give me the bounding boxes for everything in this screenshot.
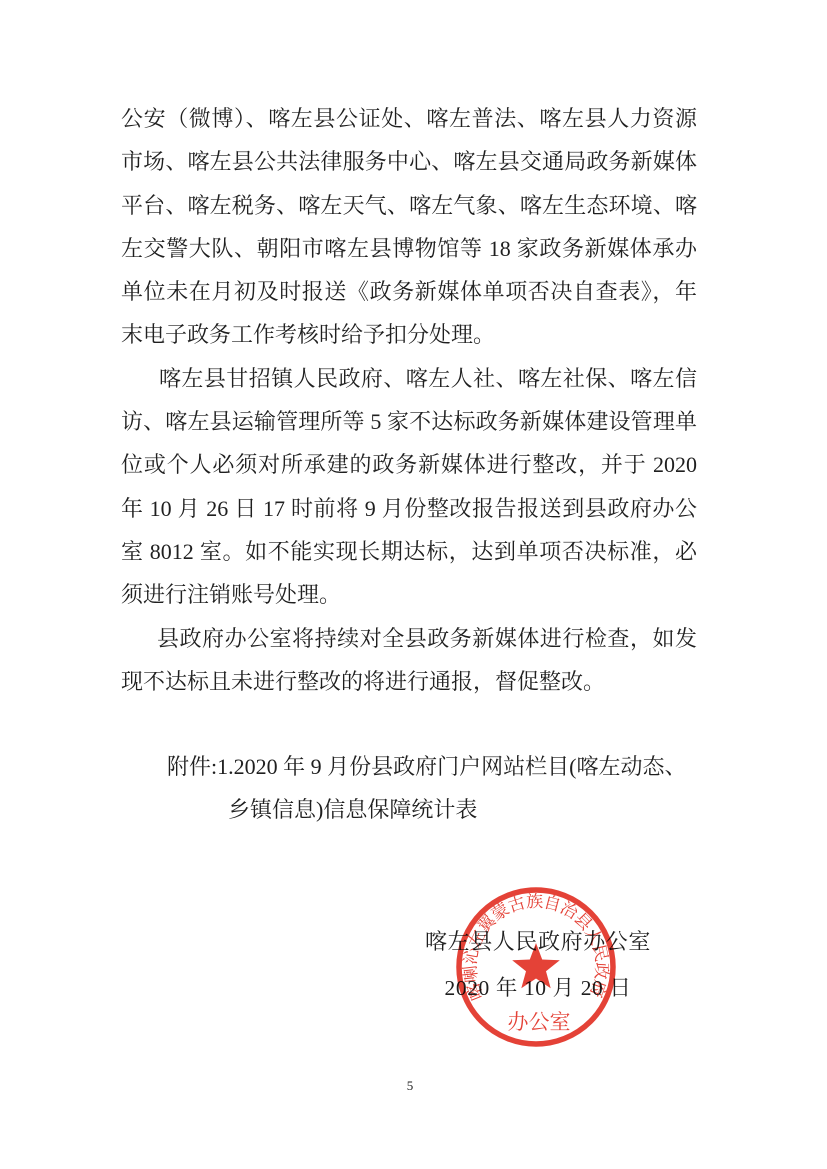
attachment-note: 附件:1.2020 年 9 月份县政府门户网站栏目(喀左动态、乡镇信息)信息保障…: [121, 745, 697, 832]
official-seal: 喀喇沁左翼蒙古族自治县人民政府 办公室: [451, 882, 621, 1052]
text-line: 单位未在月初及时报送《政务新媒体单项否决自查表》，年: [121, 270, 697, 313]
text-line: 末电子政务工作考核时给予扣分处理。: [121, 313, 697, 356]
text-line: 现不达标且未进行整改的将进行通报，督促整改。: [121, 660, 697, 703]
text-line: 县政府办公室将持续对全县政务新媒体进行检查，如发: [121, 617, 697, 660]
text-line: 公安（微博）、喀左县公证处、喀左普法、喀左县人力资源: [121, 97, 697, 140]
text-line: 附件:1.2020 年 9 月份县政府门户网站栏目(喀左动态、: [121, 745, 697, 788]
text-line: 乡镇信息)信息保障统计表: [121, 788, 697, 831]
text-line: 年 10 月 26 日 17 时前将 9 月份整改报告报送到县政府办公: [121, 487, 697, 530]
text-line: 访、喀左县运输管理所等 5 家不达标政务新媒体建设管理单: [121, 400, 697, 443]
seal-star-icon: [512, 943, 560, 988]
text-line: 平台、喀左税务、喀左天气、喀左气象、喀左生态环境、喀: [121, 184, 697, 227]
document-page: 公安（微博）、喀左县公证处、喀左普法、喀左县人力资源市场、喀左县公共法律服务中心…: [0, 0, 827, 1169]
text-line: 室 8012 室。如不能实现长期达标，达到单项否决标准，必: [121, 530, 697, 573]
text-line: 喀左县甘招镇人民政府、喀左人社、喀左社保、喀左信: [121, 357, 697, 400]
text-line: 须进行注销账号处理。: [121, 573, 697, 616]
text-line: 位或个人必须对所承建的政务新媒体进行整改，并于 2020: [121, 443, 697, 486]
seal-bottom-text: 办公室: [508, 1010, 571, 1034]
text-line: 左交警大队、朝阳市喀左县博物馆等 18 家政务新媒体承办: [121, 227, 697, 270]
document-body: 公安（微博）、喀左县公证处、喀左普法、喀左县人力资源市场、喀左县公共法律服务中心…: [121, 97, 697, 703]
text-line: 市场、喀左县公共法律服务中心、喀左县交通局政务新媒体: [121, 140, 697, 183]
page-number: 5: [398, 1078, 422, 1094]
